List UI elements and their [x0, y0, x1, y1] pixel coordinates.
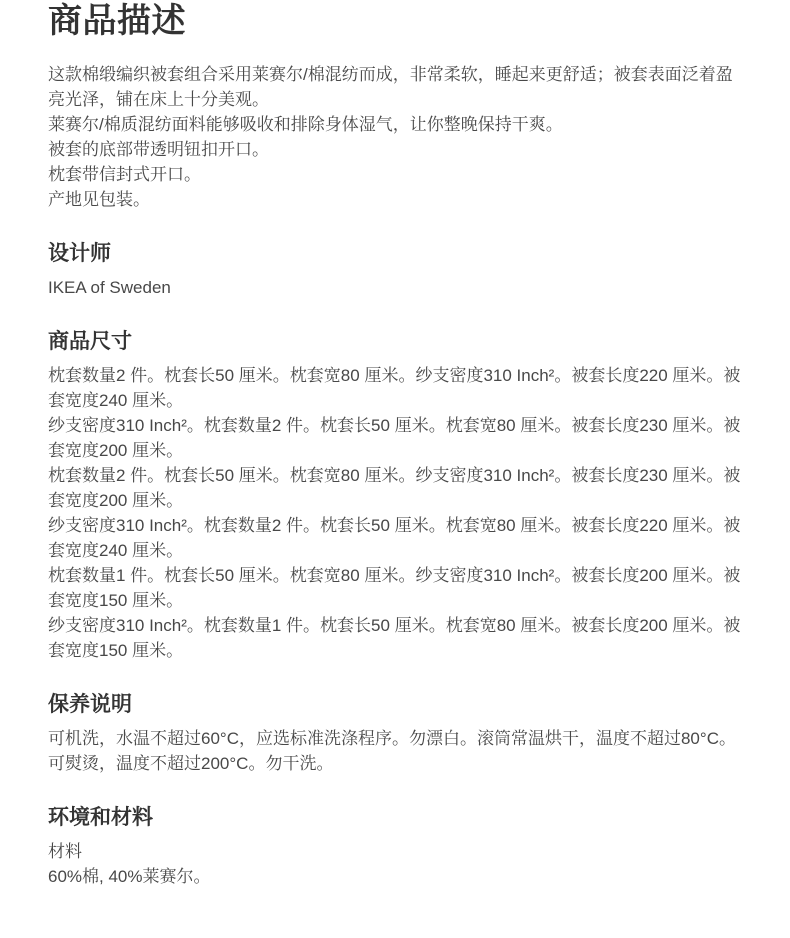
dimension-item: 枕套数量1 件。枕套长50 厘米。枕套宽80 厘米。纱支密度310 Inch²。… [48, 563, 742, 613]
dimension-item: 枕套数量2 件。枕套长50 厘米。枕套宽80 厘米。纱支密度310 Inch²。… [48, 463, 742, 513]
page-title: 商品描述 [48, 0, 742, 42]
description-line: 这款棉缎编织被套组合采用莱赛尔/棉混纺而成，非常柔软，睡起来更舒适；被套表面泛着… [48, 62, 742, 112]
dimension-item: 纱支密度310 Inch²。枕套数量2 件。枕套长50 厘米。枕套宽80 厘米。… [48, 513, 742, 563]
materials-heading: 环境和材料 [48, 804, 742, 832]
designer-heading: 设计师 [48, 240, 742, 268]
materials-section: 环境和材料 材料 60%棉, 40%莱赛尔。 [48, 804, 742, 889]
dimension-item: 纱支密度310 Inch²。枕套数量1 件。枕套长50 厘米。枕套宽80 厘米。… [48, 613, 742, 663]
care-instructions: 可机洗，水温不超过60°C，应选标准洗涤程序。勿漂白。滚筒常温烘干，温度不超过8… [48, 726, 742, 776]
product-description-page: 商品描述 这款棉缎编织被套组合采用莱赛尔/棉混纺而成，非常柔软，睡起来更舒适；被… [0, 0, 790, 938]
dimension-item: 纱支密度310 Inch²。枕套数量2 件。枕套长50 厘米。枕套宽80 厘米。… [48, 413, 742, 463]
dimension-item: 枕套数量2 件。枕套长50 厘米。枕套宽80 厘米。纱支密度310 Inch²。… [48, 363, 742, 413]
materials-label: 材料 [48, 839, 742, 864]
description-line: 产地见包装。 [48, 187, 742, 212]
dimensions-section: 商品尺寸 枕套数量2 件。枕套长50 厘米。枕套宽80 厘米。纱支密度310 I… [48, 328, 742, 663]
dimensions-heading: 商品尺寸 [48, 328, 742, 356]
designer-name: IKEA of Sweden [48, 275, 742, 300]
materials-composition: 60%棉, 40%莱赛尔。 [48, 864, 742, 889]
description-line: 被套的底部带透明钮扣开口。 [48, 137, 742, 162]
care-heading: 保养说明 [48, 691, 742, 719]
description-line: 莱赛尔/棉质混纺面料能够吸收和排除身体湿气，让你整晚保持干爽。 [48, 112, 742, 137]
description-line: 枕套带信封式开口。 [48, 162, 742, 187]
designer-section: 设计师 IKEA of Sweden [48, 240, 742, 300]
description-section: 这款棉缎编织被套组合采用莱赛尔/棉混纺而成，非常柔软，睡起来更舒适；被套表面泛着… [48, 62, 742, 212]
care-section: 保养说明 可机洗，水温不超过60°C，应选标准洗涤程序。勿漂白。滚筒常温烘干，温… [48, 691, 742, 776]
